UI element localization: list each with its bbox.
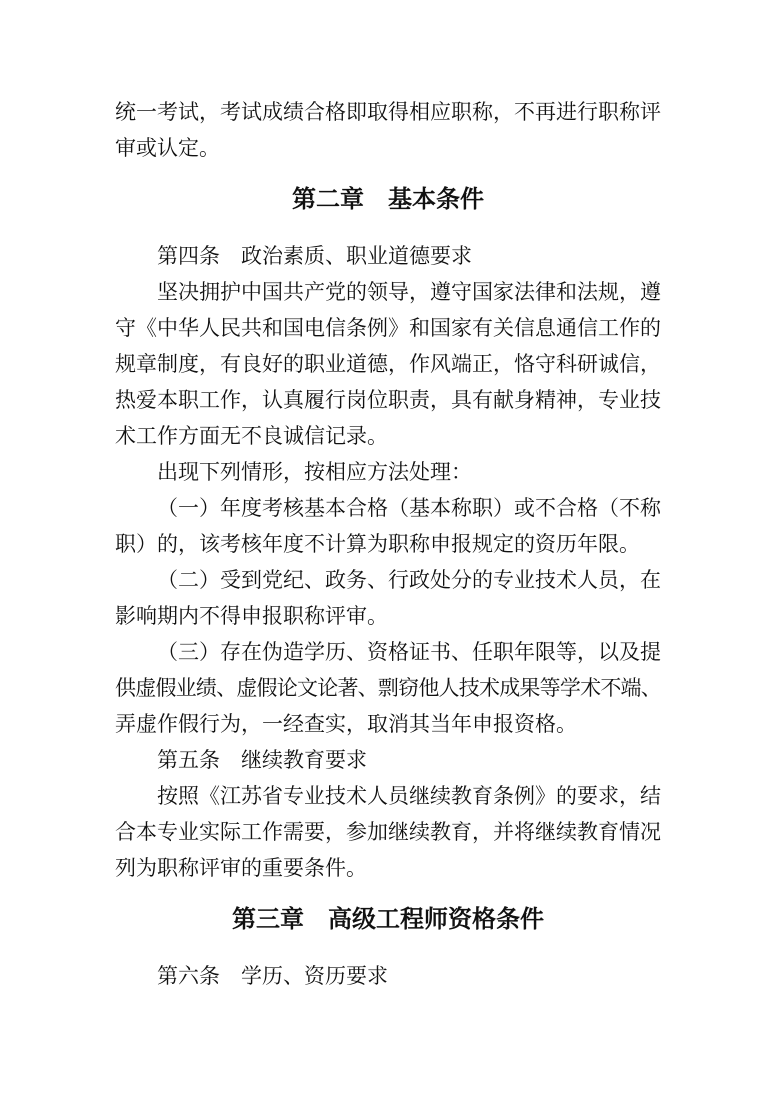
document-body: 统一考试，考试成绩合格即取得相应职称，不再进行职称评 审或认定。 第二章 基本条…	[115, 95, 661, 995]
article-title-line: 第五条 继续教育要求	[115, 743, 661, 779]
chapter-heading: 第三章 高级工程师资格条件	[115, 901, 661, 939]
text-line: 审或认定。	[115, 131, 661, 167]
article-title-line: 第四条 政治素质、职业道德要求	[115, 239, 661, 275]
text-line: 职）的，该考核年度不计算为职称申报规定的资历年限。	[115, 527, 661, 563]
list-item-line: （一）年度考核基本合格（基本称职）或不合格（不称	[115, 491, 661, 527]
article-title-line: 第六条 学历、资历要求	[115, 959, 661, 995]
text-line: 供虚假业绩、虚假论文论著、剽窃他人技术成果等学术不端、	[115, 671, 661, 707]
text-line: 规章制度，有良好的职业道德，作风端正，恪守科研诚信，	[115, 347, 661, 383]
document-page: 统一考试，考试成绩合格即取得相应职称，不再进行职称评 审或认定。 第二章 基本条…	[0, 0, 777, 1099]
text-line: 按照《江苏省专业技术人员继续教育条例》的要求，结	[115, 779, 661, 815]
text-line: 影响期内不得申报职称评审。	[115, 599, 661, 635]
text-line: 术工作方面无不良诚信记录。	[115, 419, 661, 455]
list-item-line: （二）受到党纪、政务、行政处分的专业技术人员，在	[115, 563, 661, 599]
text-line: 热爱本职工作，认真履行岗位职责，具有献身精神，专业技	[115, 383, 661, 419]
text-line: 坚决拥护中国共产党的领导，遵守国家法律和法规，遵	[115, 275, 661, 311]
text-line: 守《中华人民共和国电信条例》和国家有关信息通信工作的	[115, 311, 661, 347]
text-line: 出现下列情形，按相应方法处理：	[115, 455, 661, 491]
text-line: 统一考试，考试成绩合格即取得相应职称，不再进行职称评	[115, 95, 661, 131]
chapter-heading: 第二章 基本条件	[115, 181, 661, 219]
text-line: 弄虚作假行为，一经查实，取消其当年申报资格。	[115, 707, 661, 743]
list-item-line: （三）存在伪造学历、资格证书、任职年限等，以及提	[115, 635, 661, 671]
text-line: 列为职称评审的重要条件。	[115, 851, 661, 887]
text-line: 合本专业实际工作需要，参加继续教育，并将继续教育情况	[115, 815, 661, 851]
